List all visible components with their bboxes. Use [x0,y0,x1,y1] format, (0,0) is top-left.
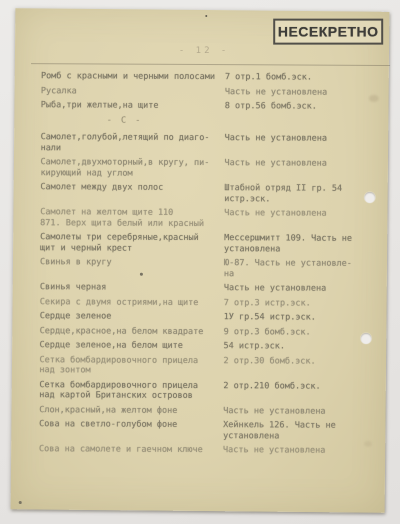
emblem-description-line: Сердце,красное,на белом квадрате [40,326,224,337]
table-row: РусалкаЧасть не установлена [41,86,379,98]
emblem-description: Ромб с красными и черными полосами [41,71,225,82]
punch-hole-top [364,192,375,203]
unit-identification: Часть не установлена [223,406,377,417]
emblem-description: Самолет на желтом щите 110871. Верх щита… [40,207,224,229]
emblem-description-line: Самолет на желтом щите 110 [40,207,224,218]
emblem-description: Самолет,голубой,летящий по диаго-нали [41,132,225,154]
table-row: Сова на светло-голубом фонеХейнкель 126.… [39,419,377,442]
unclassified-stamp-label: НЕСЕКРЕТНО [278,24,379,40]
unit-identification: Часть не установлена [225,87,379,98]
emblem-description: Секира с двумя остриями,на щите [40,297,224,308]
table-row: Сова на самолете и гаечном ключеЧасть не… [39,444,377,456]
emblem-description: Самолеты три серебряные,красныйщит и чер… [40,232,224,254]
unit-identification: Часть не установлена [224,208,378,230]
emblem-unit-table: Ромб с красными и черными полосами7 отр.… [39,71,379,460]
unit-identification-line: Часть не установлена [223,445,377,456]
emblem-description-line: Рыба,три желтые,на щите [41,100,225,111]
ink-speck [19,501,22,504]
unit-identification-line: на [224,269,378,280]
emblem-description: Русалка [41,86,225,97]
emblem-description: Сердце,красное,на белом квадрате [40,326,224,337]
emblem-description-line: Ромб с красными и черными полосами [41,71,225,82]
unit-identification-line: истр.эск. [224,194,378,205]
unit-identification-line: Ю-87. Часть не установле- [224,258,378,269]
unit-identification-line: Часть не установлена [225,133,379,144]
unclassified-stamp: НЕСЕКРЕТНО [273,19,383,45]
table-row: Свинья чернаяЧасть не установлена [40,282,378,294]
section-header: - С - [107,115,379,127]
unit-identification-line: 2 отр.30 бомб.эск. [223,356,377,367]
emblem-description-line: Сова на светло-голубом фоне [39,419,223,430]
page-number: - 12 - [154,46,254,57]
unit-identification-line: Хейнкель 126. Часть не [223,420,377,431]
table-row: Рыба,три желтые,на щите8 отр.56 бомб.эск… [41,100,379,112]
unit-identification-line: Мессершмитт 109. Часть не [224,233,378,244]
table-row: Самолет,двухмоторный,в кругу, пи-кирующи… [40,157,378,180]
ink-speck [205,15,207,17]
table-row: Сетка бомбардировочного прицеланад зонто… [39,355,377,378]
unit-identification-line: 7 отр.1 бомб.эск. [225,72,379,83]
unit-identification: Ю-87. Часть не установле-на [224,258,378,280]
unit-identification-line: 7 отр.3 истр.эск. [224,298,378,309]
emblem-description-line: Самолет,голубой,летящий по диаго- [41,132,225,143]
table-row: Сердце зеленое,на белом щите54 истр.эск. [40,340,378,352]
unit-identification: 1У гр.54 истр.эск. [224,312,378,323]
emblem-description: Свинья черная [40,282,224,293]
unit-identification: Часть не установлена [225,133,379,155]
unit-identification: 8 отр.56 бомб.эск. [225,101,379,112]
emblem-description-line: Сова на самолете и гаечном ключе [39,444,223,455]
document-page: НЕСЕКРЕТНО - 12 - Ромб с красными и черн… [11,8,390,513]
emblem-description: Сова на светло-голубом фоне [39,419,223,441]
unit-identification: Часть не установлена [224,283,378,294]
table-row: Сердце зеленое1У гр.54 истр.эск. [40,311,378,323]
paper-stain [364,441,372,447]
unit-identification-line: 1У гр.54 истр.эск. [224,312,378,323]
unit-identification-line: установлена [223,431,377,442]
emblem-description-line: нали [41,143,225,154]
table-row: Свинья в кругуЮ-87. Часть не установле-н… [40,257,378,280]
emblem-description-line: Свинья в кругу [40,257,224,268]
unit-identification: 2 отр.30 бомб.эск. [223,356,377,378]
unit-identification: Часть не установлена [223,445,377,456]
emblem-description-line: Самолет,двухмоторный,в кругу, пи- [40,157,224,168]
unit-identification: 54 истр.эск. [224,341,378,352]
scan-background: НЕСЕКРЕТНО - 12 - Ромб с красными и черн… [0,0,400,524]
unit-identification: Часть не установлена [224,158,378,180]
unit-identification-line: Часть не установлена [224,158,378,169]
table-row: Самолет,голубой,летящий по диаго-налиЧас… [41,132,379,155]
emblem-description-line: Слон,красный,на желтом фоне [39,405,223,416]
table-row: Слон,красный,на желтом фонеЧасть не уста… [39,405,377,417]
emblem-description-line: Свинья черная [40,282,224,293]
unit-identification-line: Часть не установлена [225,87,379,98]
unit-identification-line: 8 отр.56 бомб.эск. [225,101,379,112]
unit-identification: 7 отр.1 бомб.эск. [225,72,379,83]
table-row: Ромб с красными и черными полосами7 отр.… [41,71,379,83]
emblem-description-line: щит и черный крест [40,243,224,254]
table-row: Секира с двумя остриями,на щите7 отр.3 и… [40,297,378,309]
header-rule [31,63,390,66]
emblem-description-line: Самолет между двух полос [40,182,224,193]
unit-identification-line: установлена [224,244,378,255]
table-row: Самолет между двух полосШтабной отряд II… [40,182,378,205]
emblem-description: Сетка бомбардировочного прицеланад зонто… [39,355,223,377]
table-row: Самолеты три серебряные,красныйщит и чер… [40,232,378,255]
unit-identification-line: 54 истр.эск. [224,341,378,352]
paper-stain [369,95,379,102]
emblem-description: Самолет между двух полос [40,182,224,204]
unit-identification: Мессершмитт 109. Часть неустановлена [224,233,378,255]
emblem-description-line: кирующий над углом [40,168,224,179]
emblem-description-line: над зонтом [39,365,223,376]
unit-identification: 7 отр.3 истр.эск. [224,298,378,309]
emblem-description: Свинья в кругу [40,257,224,279]
unit-identification: Штабной отряд II гр. 54истр.эск. [224,183,378,205]
unit-identification: Хейнкель 126. Часть неустановлена [223,420,377,442]
unit-identification: 9 отр.3 бомб.эск. [224,327,378,338]
emblem-description: Сова на самолете и гаечном ключе [39,444,223,455]
emblem-description-line: Самолеты три серебряные,красный [40,232,224,243]
emblem-description-line: Русалка [41,86,225,97]
unit-identification-line: 2 отр.210 бомб.эск. [223,381,377,392]
emblem-description: Сердце зеленое [40,311,224,322]
ink-speck [140,273,143,276]
emblem-description: Слон,красный,на желтом фоне [39,405,223,416]
unit-identification-line: Часть не установлена [224,283,378,294]
emblem-description-line: над картой Британских островов [39,390,223,401]
emblem-description-line: Сердце зеленое [40,311,224,322]
table-row: Сетка бомбардировочного прицеланад карто… [39,380,377,403]
emblem-description-line: Сердце зеленое,на белом щите [40,340,224,351]
unit-identification-line: Часть не установлена [223,406,377,417]
unit-identification-line: Штабной отряд II гр. 54 [224,183,378,194]
page-inner: НЕСЕКРЕТНО - 12 - Ромб с красными и черн… [12,9,389,512]
table-row: Самолет на желтом щите 110871. Верх щита… [40,207,378,230]
emblem-description: Самолет,двухмоторный,в кругу, пи-кирующи… [40,157,224,179]
unit-identification-line: 9 отр.3 бомб.эск. [224,327,378,338]
unit-identification: 2 отр.210 бомб.эск. [223,381,377,403]
punch-hole-bottom [361,333,372,344]
emblem-description: Рыба,три желтые,на щите [41,100,225,111]
emblem-description: Сетка бомбардировочного прицеланад карто… [39,380,223,402]
emblem-description: Сердце зеленое,на белом щите [40,340,224,351]
emblem-description-line: 871. Верх щита белый или красный [40,218,224,229]
table-row: Сердце,красное,на белом квадрате9 отр.3 … [40,326,378,338]
unit-identification-line: Часть не установлена [224,208,378,219]
emblem-description-line: Секира с двумя остриями,на щите [40,297,224,308]
